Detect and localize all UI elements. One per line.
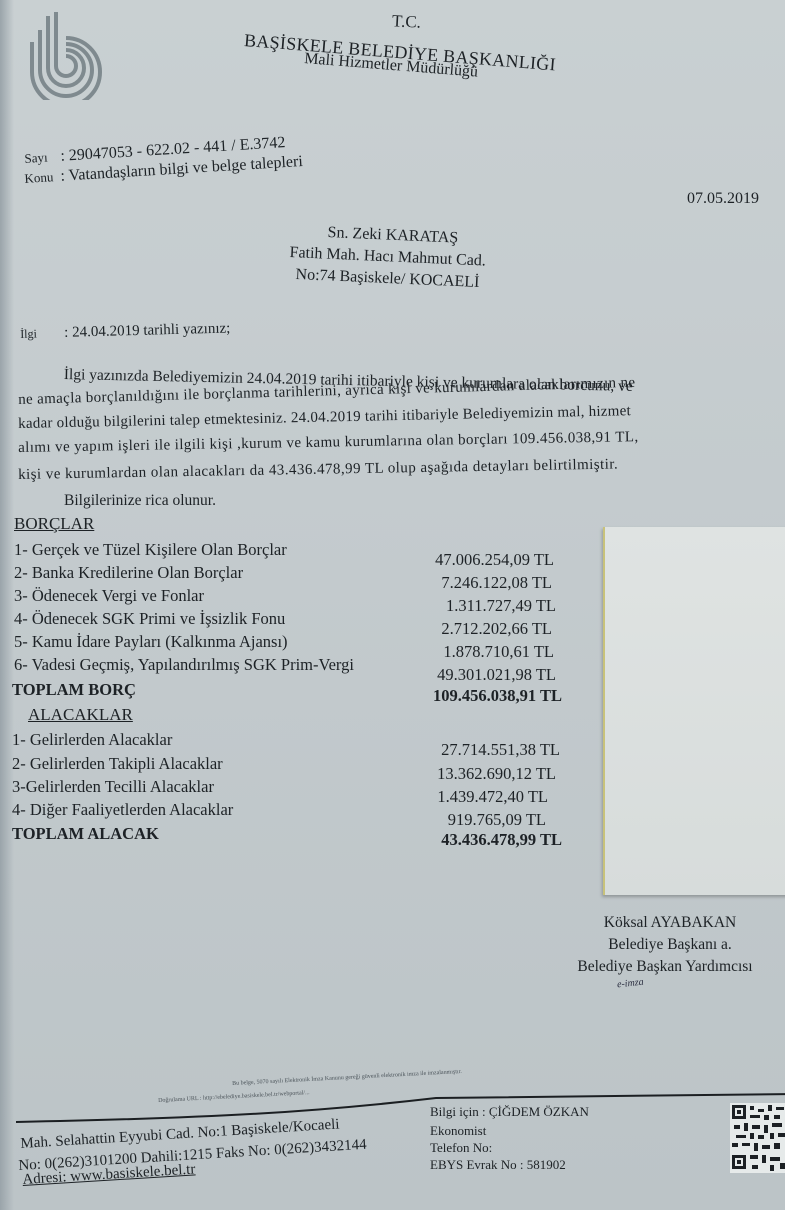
- info-phone: Telefon No:: [430, 1140, 492, 1156]
- ebys-number: EBYS Evrak No : 581902: [430, 1157, 566, 1173]
- item-value: 7.246.122,08 TL: [372, 573, 552, 593]
- ilgi-value: : 24.04.2019 tarihli yazınız;: [64, 320, 231, 340]
- item-label: 3- Ödenecek Vergi ve Fonlar: [14, 586, 204, 606]
- body-line: kişi ve kurumlardan olan alacakları da 4…: [18, 457, 618, 484]
- blank-paper-overlay: [603, 527, 785, 895]
- signer-title-1: Belediye Başkanı a.: [560, 936, 780, 954]
- item-value: 1.878.710,61 TL: [374, 642, 554, 662]
- item-label: 1- Gelirlerden Alacaklar: [12, 730, 172, 750]
- qr-code-icon[interactable]: [730, 1103, 785, 1173]
- body-line: kadar olduğu bilgilerini talep etmektesi…: [18, 403, 631, 433]
- municipality-logo-icon: [28, 8, 102, 100]
- konu-label: Konu: [24, 169, 61, 187]
- item-label: 2- Banka Kredilerine Olan Borçlar: [14, 563, 243, 583]
- debts-title: BORÇLAR: [14, 514, 94, 534]
- document-page: T.C. BAŞİSKELE BELEDİYE BAŞKANLIĞI Mali …: [0, 0, 785, 1210]
- item-value: 2.712.202,66 TL: [372, 619, 552, 639]
- item-label: 1- Gerçek ve Tüzel Kişilere Olan Borçlar: [14, 540, 287, 560]
- total-label: TOPLAM BORÇ: [12, 680, 136, 700]
- item-value: 13.362.690,12 TL: [376, 764, 556, 784]
- footer-divider: [16, 1088, 785, 1128]
- esign-note: Bu belge, 5070 sayılı Elektronik İmza Ka…: [232, 1069, 462, 1087]
- total-label: TOPLAM ALACAK: [12, 824, 159, 844]
- signer-name: Köksal AYABAKAN: [560, 914, 780, 932]
- item-value: 27.714.551,38 TL: [380, 740, 560, 760]
- reference-letter: İlgi: 24.04.2019 tarihli yazınız;: [20, 320, 231, 342]
- e-signature-mark: e-imza: [616, 977, 644, 991]
- ilgi-label: İlgi: [20, 326, 64, 342]
- receivables-title: ALACAKLAR: [28, 705, 133, 725]
- item-value: 1.439.472,40 TL: [368, 787, 548, 807]
- item-label: 3-Gelirlerden Tecilli Alacaklar: [12, 777, 214, 797]
- item-label: 5- Kamu İdare Payları (Kalkınma Ajansı): [14, 632, 288, 652]
- total-value: 43.436.478,99 TL: [382, 830, 562, 850]
- item-label: 2- Gelirlerden Takipli Alacaklar: [12, 754, 223, 774]
- info-contact: Bilgi için : ÇİĞDEM ÖZKAN: [430, 1104, 589, 1120]
- recipient-address-2: No:74 Başiskele/ KOCAELİ: [295, 266, 480, 292]
- page-edge-shadow: [0, 0, 14, 1210]
- item-label: 4- Ödenecek SGK Primi ve İşsizlik Fonu: [14, 609, 285, 629]
- item-value: 47.006.254,09 TL: [374, 550, 554, 570]
- item-label: 6- Vadesi Geçmiş, Yapılandırılmış SGK Pr…: [14, 655, 354, 675]
- item-value: 919.765,09 TL: [366, 810, 546, 830]
- document-date: 07.05.2019: [687, 190, 759, 208]
- total-value: 109.456.038,91 TL: [382, 686, 562, 706]
- item-value: 49.301.021,98 TL: [376, 665, 556, 685]
- item-label: 4- Diğer Faaliyetlerden Alacaklar: [12, 800, 233, 820]
- header-tc: T.C.: [391, 11, 421, 32]
- body-line: alımı ve yapım işleri ile ilgili kişi ,k…: [18, 429, 639, 457]
- recipient-name: Sn. Zeki KARATAŞ: [327, 224, 458, 248]
- info-title: Ekonomist: [430, 1123, 486, 1139]
- sayi-label: Sayı: [24, 149, 61, 167]
- item-value: 1.311.727,49 TL: [376, 596, 556, 616]
- signer-title-2: Belediye Başkan Yardımcısı: [545, 958, 785, 976]
- body-line: Bilgilerinize rica olunur.: [64, 492, 216, 510]
